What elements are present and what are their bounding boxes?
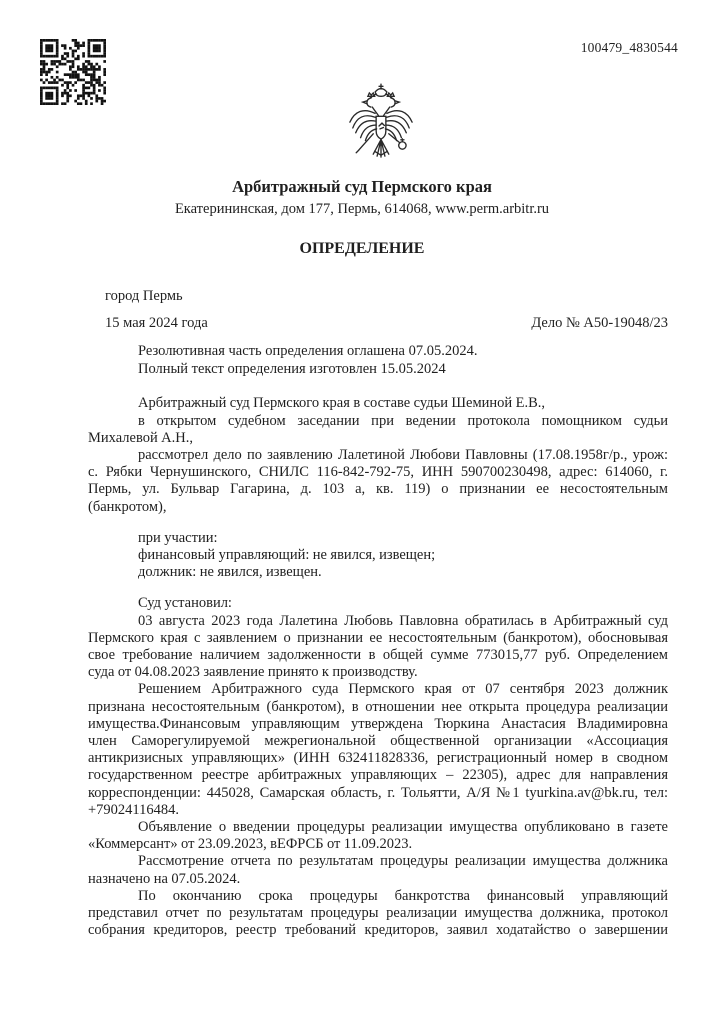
document-line: корреспонденции: 445028, Самарская облас…: [88, 785, 668, 802]
date-line: 15 мая 2024 года: [88, 315, 208, 333]
document-line: имущества.Финансовым управляющим утвержд…: [88, 716, 668, 733]
date-case-row: 15 мая 2024 года Дело № А50-19048/23: [88, 315, 668, 333]
document-line: член Саморегулируемой межрегиональной об…: [88, 733, 668, 750]
court-address: Екатерининская, дом 177, Пермь, 614068, …: [0, 200, 724, 218]
document-content: город Пермь 15 мая 2024 года Дело № А50-…: [88, 288, 668, 939]
city-line: город Пермь: [88, 288, 668, 306]
scan-number: 100479_4830544: [581, 40, 678, 56]
document-line: суда от 04.08.2023 заявление принято к п…: [88, 664, 668, 681]
document-line: Суд установил:: [88, 595, 668, 612]
document-line: собрания кредиторов, реестр требований к…: [88, 922, 668, 939]
document-line: Объявление о введении процедуры реализац…: [88, 819, 668, 836]
document-line: финансовый управляющий: не явился, извещ…: [88, 547, 668, 564]
court-name: Арбитражный суд Пермского края: [0, 177, 724, 198]
document-line: назначено на 07.05.2024.: [88, 871, 668, 888]
document-line: антикризисных управляющих» (ИНН 63241182…: [88, 750, 668, 767]
document-line: 03 августа 2023 года Лалетина Любовь Пав…: [88, 613, 668, 630]
case-number: Дело № А50-19048/23: [531, 315, 668, 333]
document-line: признана несостоятельным (банкротом), в …: [88, 699, 668, 716]
document-line: государственном реестре арбитражных упра…: [88, 767, 668, 784]
document-line: Рассмотрение отчета по результатам проце…: [88, 853, 668, 870]
russian-coat-of-arms-icon: [346, 83, 416, 169]
qr-code-icon: [40, 39, 106, 105]
document-line: Решением Арбитражного суда Пермского кра…: [88, 681, 668, 698]
document-body: Арбитражный суд Пермского края в составе…: [88, 395, 668, 939]
document-line: свое требование наличием задолженности в…: [88, 647, 668, 664]
document-line: «Коммерсант» от 23.09.2023, вЕФРСБ от 11…: [88, 836, 668, 853]
document-line: +79024116484.: [88, 802, 668, 819]
document-line: при участии:: [88, 530, 668, 547]
resolution-note: Резолютивная часть определения оглашена …: [138, 343, 668, 361]
document-line: По окончанию срока процедуры банкротства…: [88, 888, 668, 905]
document-line: (банкротом),: [88, 499, 668, 516]
document-line: в открытом судебном заседании при ведени…: [88, 413, 668, 430]
resolution-note: Полный текст определения изготовлен 15.0…: [138, 361, 668, 379]
document-line: должник: не явился, извещен.: [88, 564, 668, 581]
document-line: Арбитражный суд Пермского края в составе…: [88, 395, 668, 412]
document-title: ОПРЕДЕЛЕНИЕ: [0, 240, 724, 258]
court-document-page: 100479_4830544: [0, 0, 724, 1024]
resolution-notes: Резолютивная часть определения оглашена …: [138, 343, 668, 378]
document-line: Пермского края с заявлением о признании …: [88, 630, 668, 647]
document-line: Пермь, ул. Бульвар Гагарина, д. 103 а, к…: [88, 481, 668, 498]
document-line: с. Рябки Чернушинского, СНИЛС 116-842-79…: [88, 464, 668, 481]
document-header: Арбитражный суд Пермского края Екатерини…: [0, 177, 724, 218]
document-line: представил отчет по результатам процедур…: [88, 905, 668, 922]
document-line: рассмотрел дело по заявлению Лалетиной Л…: [88, 447, 668, 464]
document-line: Михалевой А.Н.,: [88, 430, 668, 447]
